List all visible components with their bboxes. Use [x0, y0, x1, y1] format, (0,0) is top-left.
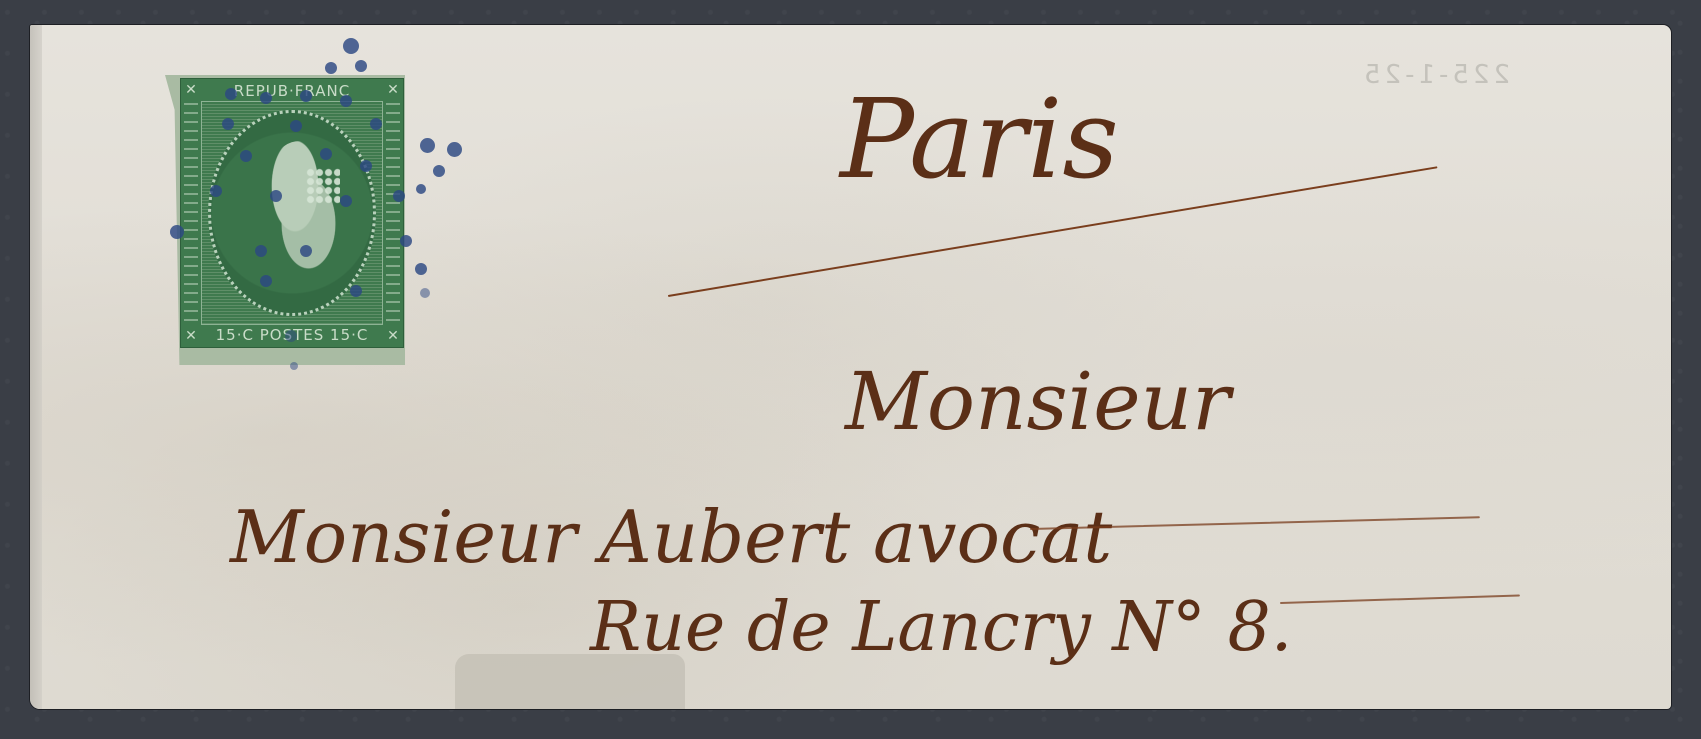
grapes-icon: [306, 168, 340, 204]
stamp-corner-icon: ✕: [182, 327, 200, 345]
stamp-frame: ✕ ✕ ✕ ✕ REPUB·FRANC 15·C POSTES 15·C: [180, 78, 404, 348]
ceres-head-icon: [259, 141, 349, 291]
address-street: Rue de Lancry N° 8.: [590, 588, 1292, 667]
stamp-corner-icon: ✕: [182, 81, 200, 99]
stamp-corner-icon: ✕: [384, 327, 402, 345]
address-salutation: Monsieur: [845, 355, 1230, 448]
postage-stamp: ✕ ✕ ✕ ✕ REPUB·FRANC 15·C POSTES 15·C: [165, 75, 405, 365]
greek-key-border: [386, 103, 400, 323]
greek-key-border: [184, 103, 198, 323]
stamp-medallion: [208, 110, 376, 316]
address-recipient: Monsieur Aubert avocat: [230, 495, 1112, 579]
pencil-note: 225-1-25: [1360, 60, 1510, 90]
envelope-edge-shadow: [30, 25, 42, 709]
address-city: Paris: [840, 75, 1119, 203]
stamp-corner-icon: ✕: [384, 81, 402, 99]
